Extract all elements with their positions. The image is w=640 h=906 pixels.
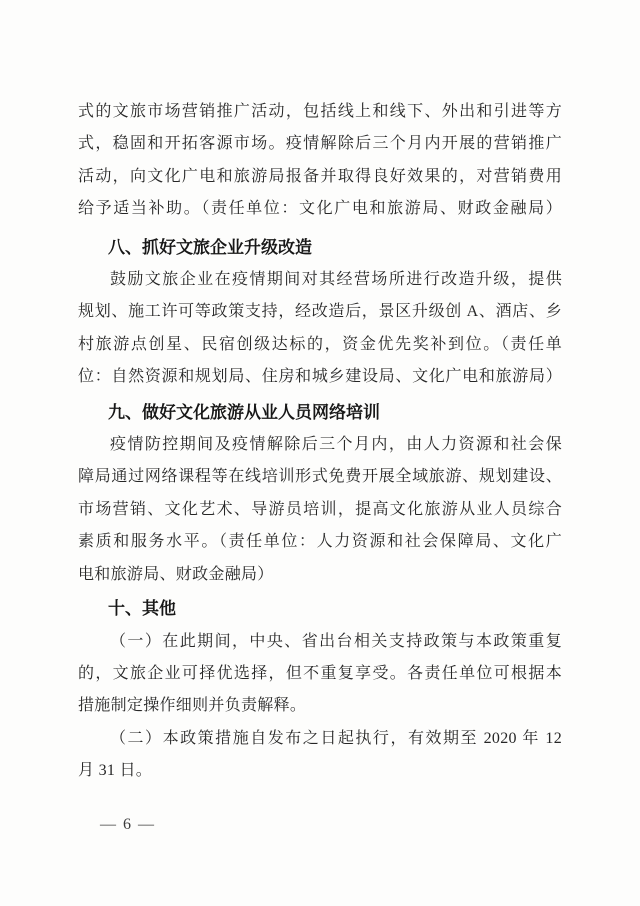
text-line: 村旅游点创星、民宿创级达标的，资金优先奖补到位。（责任单 xyxy=(78,329,562,361)
page-number: — 6 — xyxy=(100,816,562,834)
text-line: 活动，向文化广电和旅游局报备并取得良好效果的，对营销费用 xyxy=(78,161,562,193)
text-line: （二）本政策措施自发布之日起执行，有效期至 2020 年 12 xyxy=(78,723,562,755)
paragraph-upgrade-renovation: 鼓励文旅企业在疫情期间对其经营场所进行改造升级，提供 规划、施工许可等政策支持，… xyxy=(78,264,562,394)
section-heading-10: 十、其他 xyxy=(78,593,562,625)
document-page: 式的文旅市场营销推广活动，包括线上和线下、外出和引进等方 式，稳固和开拓客源市场… xyxy=(0,0,640,906)
text-line: 月 31 日。 xyxy=(78,755,562,787)
paragraph-other-item-1: （一）在此期间，中央、省出台相关支持政策与本政策重复 的，文旅企业可择优选择，但… xyxy=(78,626,562,723)
text-line: 式，稳固和开拓客源市场。疫情解除后三个月内开展的营销推广 xyxy=(78,128,562,160)
paragraph-marketing-subsidy: 式的文旅市场营销推广活动，包括线上和线下、外出和引进等方 式，稳固和开拓客源市场… xyxy=(78,96,562,226)
section-heading-8: 八、抓好文旅企业升级改造 xyxy=(78,232,562,264)
text-line: 措施制定操作细则并负责解释。 xyxy=(78,690,562,722)
text-line: 的，文旅企业可择优选择，但不重复享受。各责任单位可根据本 xyxy=(78,658,562,690)
text-line: 疫情防控期间及疫情解除后三个月内，由人力资源和社会保 xyxy=(78,429,562,461)
text-line: （一）在此期间，中央、省出台相关支持政策与本政策重复 xyxy=(78,626,562,658)
text-line: 式的文旅市场营销推广活动，包括线上和线下、外出和引进等方 xyxy=(78,96,562,128)
text-line: 障局通过网络课程等在线培训形式免费开展全域旅游、规划建设、 xyxy=(78,461,562,493)
text-line: 位：自然资源和规划局、住房和城乡建设局、文化广电和旅游局） xyxy=(78,361,562,393)
paragraph-online-training: 疫情防控期间及疫情解除后三个月内，由人力资源和社会保 障局通过网络课程等在线培训… xyxy=(78,429,562,591)
text-line: 鼓励文旅企业在疫情期间对其经营场所进行改造升级，提供 xyxy=(78,264,562,296)
paragraph-other-item-2: （二）本政策措施自发布之日起执行，有效期至 2020 年 12 月 31 日。 xyxy=(78,723,562,788)
section-heading-9: 九、做好文化旅游从业人员网络培训 xyxy=(78,397,562,429)
text-line: 规划、施工许可等政策支持，经改造后，景区升级创 A、酒店、乡 xyxy=(78,296,562,328)
text-line: 电和旅游局、财政金融局） xyxy=(78,559,562,591)
text-line: 给予适当补助。（责任单位：文化广电和旅游局、财政金融局） xyxy=(78,193,562,225)
text-line: 素质和服务水平。（责任单位：人力资源和社会保障局、文化广 xyxy=(78,526,562,558)
document-body: 式的文旅市场营销推广活动，包括线上和线下、外出和引进等方 式，稳固和开拓客源市场… xyxy=(78,96,562,834)
text-line: 市场营销、文化艺术、导游员培训，提高文化旅游从业人员综合 xyxy=(78,494,562,526)
